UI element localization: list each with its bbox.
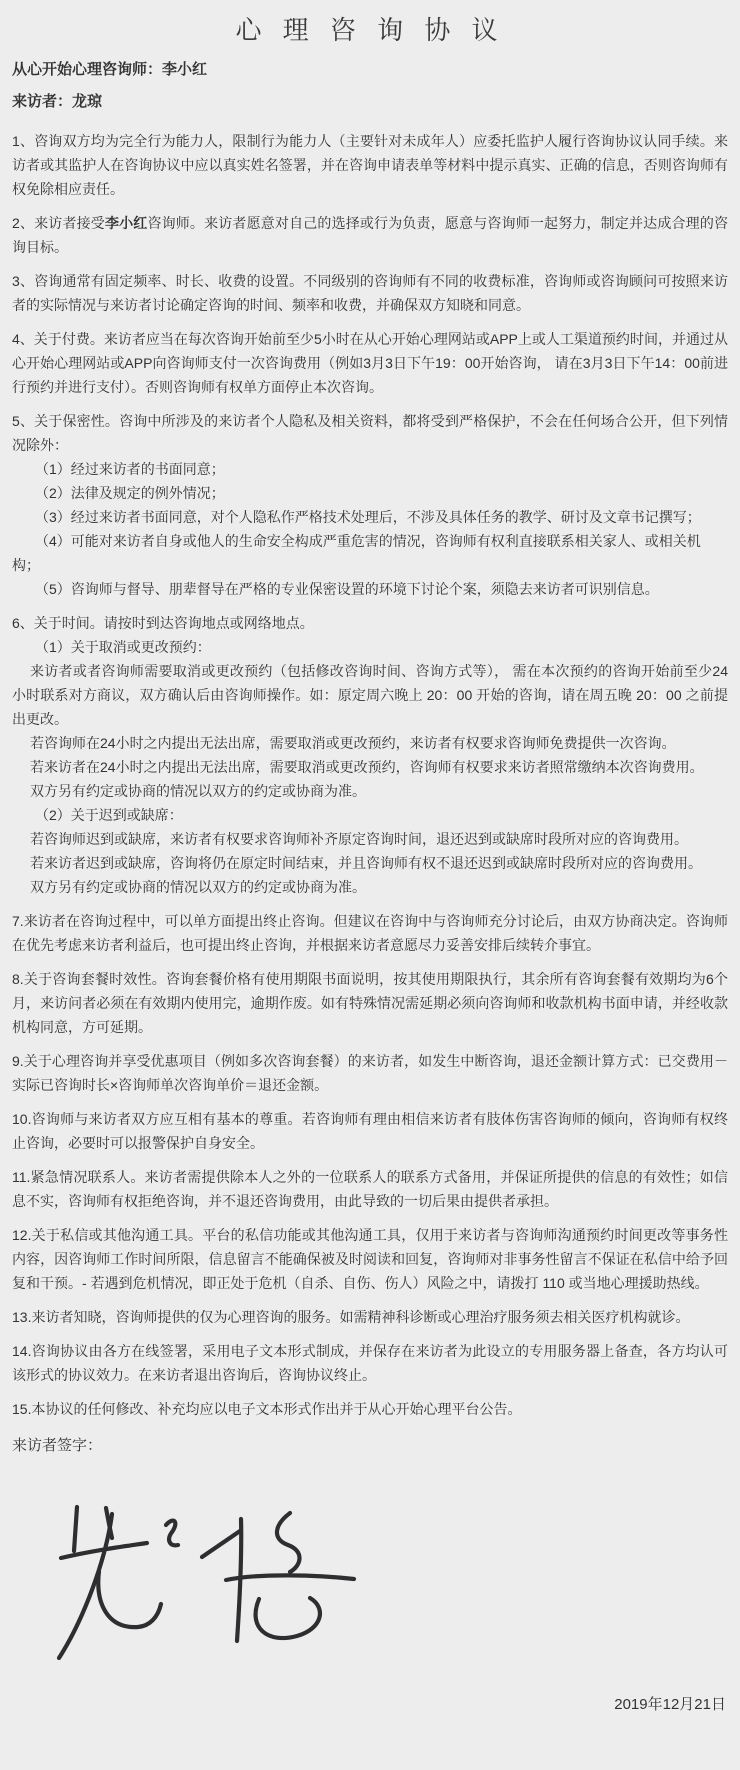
clause-paragraph: 9.关于心理咨询并享受优惠项目（例如多次咨询套餐）的来访者，如发生中断咨询，退还… — [12, 1049, 728, 1097]
clause: 2、来访者接受李小红咨询师。来访者愿意对自己的选择或行为负责，愿意与咨询师一起努… — [12, 211, 728, 259]
clause-paragraph: 10.咨询师与来访者双方应互相有基本的尊重。若咨询师有理由相信来访者有肢体伤害咨… — [12, 1107, 728, 1155]
counselor-name-inline: 李小红 — [105, 215, 148, 231]
clause: 7.来访者在咨询过程中，可以单方面提出终止咨询。但建议在咨询中与咨询师充分讨论后… — [12, 909, 728, 957]
clause-paragraph: （5）咨询师与督导、朋辈督导在严格的专业保密设置的环境下讨论个案，须隐去来访者可… — [12, 577, 728, 601]
signature-label: 来访者签字： — [12, 1435, 728, 1457]
clause: 8.关于咨询套餐时效性。咨询套餐价格有使用期限书面说明，按其使用期限执行，其余所… — [12, 967, 728, 1039]
clause-paragraph: （4）可能对来访者自身或他人的生命安全构成严重危害的情况，咨询师有权利直接联系相… — [12, 529, 728, 577]
clause-paragraph: 若咨询师在24小时之内提出无法出席，需要取消或更改预约，来访者有权要求咨询师免费… — [12, 731, 728, 755]
clause-paragraph: 8.关于咨询套餐时效性。咨询套餐价格有使用期限书面说明，按其使用期限执行，其余所… — [12, 967, 728, 1039]
signature-area — [50, 1501, 728, 1671]
clause: 6、关于时间。请按时到达咨询地点或网络地点。（1）关于取消或更改预约：来访者或者… — [12, 611, 728, 899]
clause-paragraph: （3）经过来访者书面同意，对个人隐私作严格技术处理后，不涉及具体任务的教学、研讨… — [12, 505, 728, 529]
clause: 1、咨询双方均为完全行为能力人，限制行为能力人（主要针对未成年人）应委托监护人履… — [12, 129, 728, 201]
page-title: 心 理 咨 询 协 议 — [12, 10, 728, 50]
clause-paragraph: 7.来访者在咨询过程中，可以单方面提出终止咨询。但建议在咨询中与咨询师充分讨论后… — [12, 909, 728, 957]
visitor-name: 龙琼 — [72, 93, 102, 110]
clause-list: 1、咨询双方均为完全行为能力人，限制行为能力人（主要针对未成年人）应委托监护人履… — [12, 129, 728, 1421]
clause: 13.来访者知晓，咨询师提供的仅为心理咨询的服务。如需精神科诊断或心理治疗服务须… — [12, 1305, 728, 1329]
clause-paragraph: 若来访者在24小时之内提出无法出席，需要取消或更改预约，咨询师有权要求来访者照常… — [12, 755, 728, 779]
visitor-label: 来访者： — [12, 93, 72, 110]
clause: 5、关于保密性。咨询中所涉及的来访者个人隐私及相关资料，都将受到严格保护，不会在… — [12, 409, 728, 601]
clause: 11.紧急情况联系人。来访者需提供除本人之外的一位联系人的联系方式备用，并保证所… — [12, 1165, 728, 1213]
clause-paragraph: 6、关于时间。请按时到达咨询地点或网络地点。 — [12, 611, 728, 635]
clause-paragraph: 14.咨询协议由各方在线签署，采用电子文本形式制成，并保存在来访者为此设立的专用… — [12, 1339, 728, 1387]
clause: 12.关于私信或其他沟通工具。平台的私信功能或其他沟通工具，仅用于来访者与咨询师… — [12, 1223, 728, 1295]
clause-paragraph: 若来访者迟到或缺席，咨询将仍在原定时间结束，并且咨询师有权不退还迟到或缺席时段所… — [12, 851, 728, 875]
clause-paragraph: 双方另有约定或协商的情况以双方的约定或协商为准。 — [12, 779, 728, 803]
clause-paragraph: 3、咨询通常有固定频率、时长、收费的设置。不同级别的咨询师有不同的收费标准，咨询… — [12, 269, 728, 317]
agreement-date: 2019年12月21日 — [12, 1695, 726, 1715]
clause-paragraph: 12.关于私信或其他沟通工具。平台的私信功能或其他沟通工具，仅用于来访者与咨询师… — [12, 1223, 728, 1295]
clause-paragraph: （2）关于迟到或缺席： — [12, 803, 728, 827]
counselor-name: 李小红 — [162, 61, 207, 78]
counselor-label: 从心开始心理咨询师： — [12, 61, 162, 78]
clause: 9.关于心理咨询并享受优惠项目（例如多次咨询套餐）的来访者，如发生中断咨询，退还… — [12, 1049, 728, 1097]
clause: 14.咨询协议由各方在线签署，采用电子文本形式制成，并保存在来访者为此设立的专用… — [12, 1339, 728, 1387]
clause-text: 2、来访者接受 — [12, 215, 105, 231]
clause-paragraph: 2、来访者接受李小红咨询师。来访者愿意对自己的选择或行为负责，愿意与咨询师一起努… — [12, 211, 728, 259]
signature-strokes — [59, 1507, 354, 1658]
clause: 4、关于付费。来访者应当在每次咨询开始前至少5小时在从心开始心理网站或APP上或… — [12, 327, 728, 399]
counselor-line: 从心开始心理咨询师：李小红 — [12, 60, 728, 80]
clause-paragraph: 若咨询师迟到或缺席，来访者有权要求咨询师补齐原定咨询时间，退还迟到或缺席时段所对… — [12, 827, 728, 851]
clause-paragraph: 1、咨询双方均为完全行为能力人，限制行为能力人（主要针对未成年人）应委托监护人履… — [12, 129, 728, 201]
clause: 15.本协议的任何修改、补充均应以电子文本形式作出并于从心开始心理平台公告。 — [12, 1397, 728, 1421]
clause-paragraph: 来访者或者咨询师需要取消或更改预约（包括修改咨询时间、咨询方式等）， 需在本次预… — [12, 659, 728, 731]
clause-paragraph: （1）关于取消或更改预约： — [12, 635, 728, 659]
clause: 3、咨询通常有固定频率、时长、收费的设置。不同级别的咨询师有不同的收费标准，咨询… — [12, 269, 728, 317]
clause-paragraph: 13.来访者知晓，咨询师提供的仅为心理咨询的服务。如需精神科诊断或心理治疗服务须… — [12, 1305, 728, 1329]
clause-paragraph: 5、关于保密性。咨询中所涉及的来访者个人隐私及相关资料，都将受到严格保护，不会在… — [12, 409, 728, 457]
clause-paragraph: （1）经过来访者的书面同意； — [12, 457, 728, 481]
agreement-page: 心 理 咨 询 协 议 从心开始心理咨询师：李小红 来访者：龙琼 1、咨询双方均… — [0, 0, 740, 1770]
clause-paragraph: （2）法律及规定的例外情况； — [12, 481, 728, 505]
clause-paragraph: 11.紧急情况联系人。来访者需提供除本人之外的一位联系人的联系方式备用，并保证所… — [12, 1165, 728, 1213]
clause: 10.咨询师与来访者双方应互相有基本的尊重。若咨询师有理由相信来访者有肢体伤害咨… — [12, 1107, 728, 1155]
clause-paragraph: 4、关于付费。来访者应当在每次咨询开始前至少5小时在从心开始心理网站或APP上或… — [12, 327, 728, 399]
visitor-line: 来访者：龙琼 — [12, 92, 728, 112]
clause-paragraph: 双方另有约定或协商的情况以双方的约定或协商为准。 — [12, 875, 728, 899]
clause-paragraph: 15.本协议的任何修改、补充均应以电子文本形式作出并于从心开始心理平台公告。 — [12, 1397, 728, 1421]
signature-drawing — [50, 1501, 370, 1671]
